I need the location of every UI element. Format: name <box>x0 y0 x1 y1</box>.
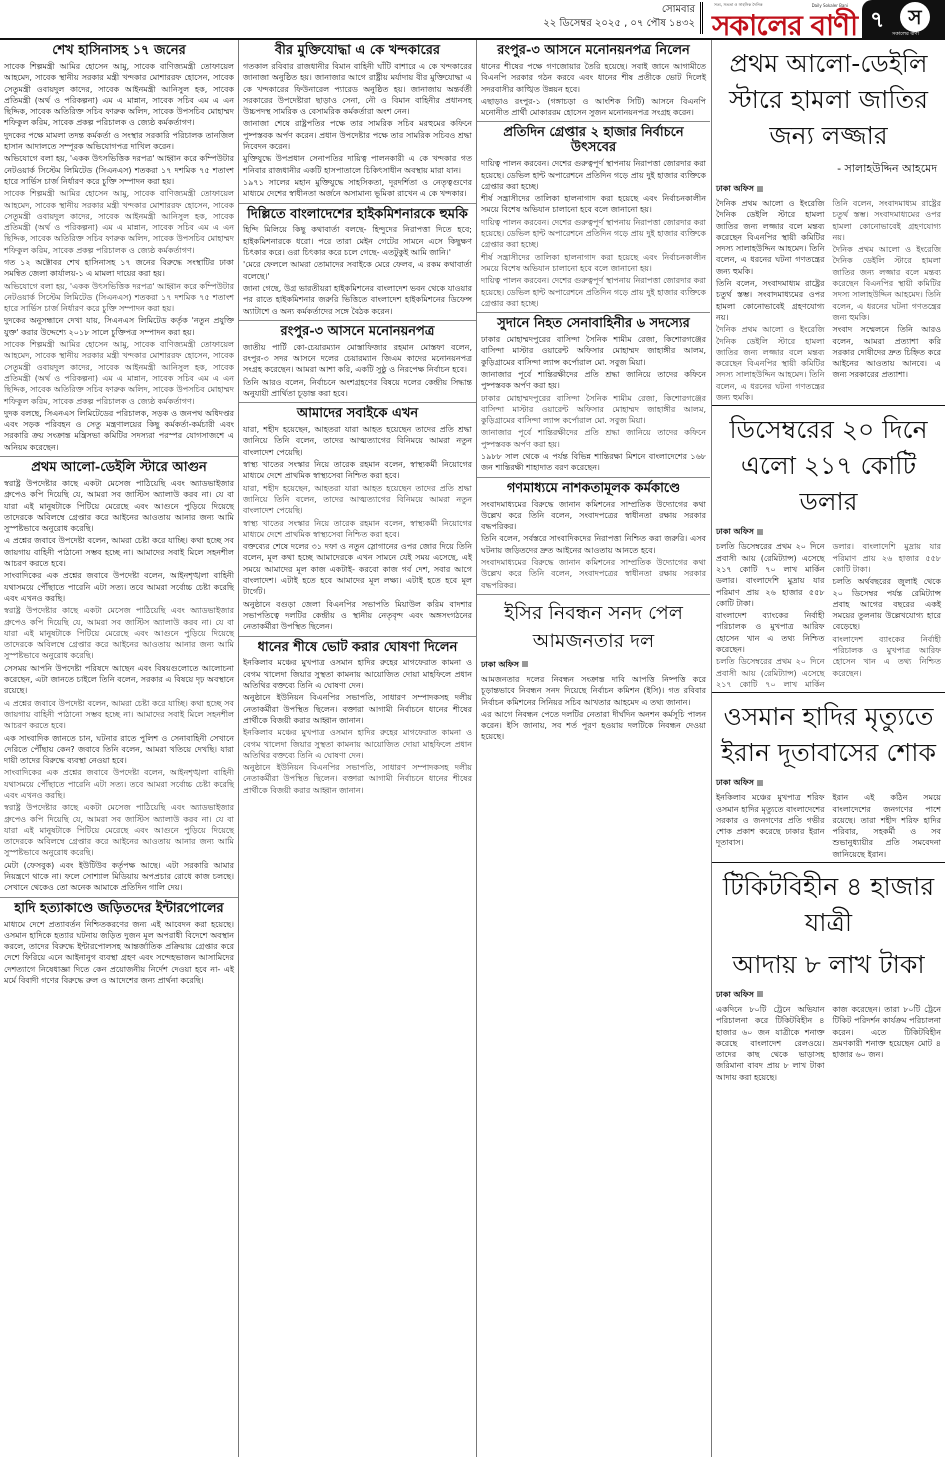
paragraph: জানাজা শেষে রাষ্ট্রপতির পক্ষে তার সামরিক… <box>243 118 472 152</box>
article-body: ইনকিলাব মঞ্চের মুখপাত্র শরিফ ওসমান হাদির… <box>716 792 941 860</box>
newspaper-logo: সত্য, সততা ও সাহসিক দৈনিক Daily Sokaler … <box>708 0 858 38</box>
article-body: ইনকিলাব মঞ্চের মুখপাত্র ওসমান হাদির রুহে… <box>243 657 472 796</box>
divider <box>712 692 945 693</box>
divider <box>239 636 476 637</box>
paragraph: এছাড়াও রংপুর-১ (গঙ্গাচড়া ও আংশিক সিটি)… <box>481 96 706 119</box>
paragraph: গতকাল রবিবার রাজধানীর বিমান বাহিনী ঘাঁটি… <box>243 61 472 117</box>
paragraph: সংবাদ সম্মেলনে তিনি আরও বলেন, আমরা প্রত্… <box>833 324 942 380</box>
paragraph: চলতি ডিসেম্বরের প্রথম ২০ দিনে প্রবাসী আয… <box>716 541 825 609</box>
paragraph: সাংবাদিকের এক প্রশ্নের জবাবে উপদেষ্টা বল… <box>4 767 234 801</box>
story-attack-shame: প্রথম আলো-ডেইলি স্টারে হামলা জাতির জন্য … <box>712 46 945 403</box>
article-body: ঢাকার মোহাম্মদপুরের বাসিন্দা সৈনিক শামীম… <box>481 334 706 474</box>
story-ticketless-passengers: টিকিটবিহীন ৪ হাজার যাত্রী আদায় ৮ লাখ টা… <box>712 869 945 1083</box>
headline: প্রতিদিন গ্রেপ্তার ২ হাজার নির্বাচনে উৎস… <box>481 126 706 156</box>
paragraph: কাজ করেছেন। তারা ৮০টি ট্রেনে টিকিট পরিদর… <box>833 1004 942 1060</box>
divider <box>477 477 710 478</box>
paragraph: মুক্তিযুদ্ধে উপপ্রধান সেনাপতির দায়িত্ব … <box>243 153 472 176</box>
paragraph: ইরান এই কঠিন সময়ে বাংলাদেশের জনগণের পাশ… <box>833 792 942 860</box>
paragraph: ১৯৮৮ সাল থেকে এ পর্যন্ত বিভিন্ন শান্তিরক… <box>481 451 706 474</box>
paragraph: দুদকের পক্ষে মামলা তদন্ত কর্মকর্তা ও সংস… <box>4 130 234 153</box>
divider <box>477 121 710 122</box>
paragraph: এক সাংবাদিক জানতে চান, ঘটনার রাতে পুলিশ … <box>4 733 234 767</box>
date-divider <box>700 2 703 34</box>
dateline: ঢাকা অফিস <box>716 526 941 539</box>
headline: হাদি হত্যাকাণ্ডে জড়িতদের ইন্টারপোলের <box>4 902 234 917</box>
story-rangpur-3: রংপুর-৩ আসনে মনোনয়নপত্র জাতীয় পার্টি ক… <box>239 325 476 399</box>
divider <box>477 594 710 595</box>
column-2: বীর মুক্তিযোদ্ধা এ কে খন্দকারের গতকাল রব… <box>238 40 476 1457</box>
column-4: প্রথম আলো-ডেইলি স্টারে হামলা জাতির জন্য … <box>711 40 945 1457</box>
paragraph: দৈনিক প্রথম আলো ও ইংরেজি দৈনিক ডেইলি স্ট… <box>833 244 942 323</box>
paragraph: সাংবাদিকের এক প্রশ্নের জবাবে উপদেষ্টা বল… <box>4 570 234 604</box>
paragraph: এর আগে নিবন্ধন পেতে দলটির নেতারা দীর্ঘদি… <box>481 709 706 743</box>
paragraph: শীর্ষ সন্ত্রাসীদের তালিকা হালনাগাদ করা হ… <box>481 193 706 216</box>
paragraph: যারা, শহীদ হয়েছেন, আহতরা যারা আহত হয়েছ… <box>243 424 472 458</box>
paragraph: ঢাকার মোহাম্মদপুরের বাসিন্দা সৈনিক শামীম… <box>481 393 706 427</box>
dateline: ঢাকা অফিস <box>481 659 706 672</box>
paragraph: একদিনে ৮০টি ট্রেনে অভিযান পরিচালনা করে ট… <box>716 1004 825 1083</box>
paragraph: চলতি অর্থবছরের জুলাই থেকে ২০ ডিসেম্বর পর… <box>833 576 942 632</box>
column-3: রংপুর-৩ আসনে মনোনয়নপত্র নিলেন ধানের শীষ… <box>476 40 710 1457</box>
paragraph: অভিযোগে বলা হয়, 'একক উৎসভিত্তিক দরপত্র'… <box>4 153 234 187</box>
paragraph: আমজনতার দলের নিবন্ধন সংক্রান্ত দাবি আপত্… <box>481 674 706 708</box>
paragraph: সাবেক শিল্পমন্ত্রী আমির হোসেন আমু, সাবেক… <box>4 188 234 256</box>
paragraph: দৈনিক প্রথম আলো ও ইংরেজি দৈনিক ডেইলি স্ট… <box>716 324 825 403</box>
headline: রংপুর-৩ আসনে মনোনয়নপত্র নিলেন <box>481 44 706 59</box>
headline: দিল্লিতে বাংলাদেশের হাইকমিশনারকে হুমকি <box>243 208 472 223</box>
story-media-sabotage: গণমাধ্যমে নাশকতামূলক কর্মকাণ্ডে সংবাদমাধ… <box>477 482 710 591</box>
story-sudan-peacekeepers: সুদানে নিহত সেনাবাহিনীর ৬ সদস্যের ঢাকার … <box>477 317 710 474</box>
paragraph: যারা, শহীদ হয়েছেন, আহতরা যারা আহত হয়েছ… <box>243 483 472 517</box>
story-delhi-threat: দিল্লিতে বাংলাদেশের হাইকমিশনারকে হুমকি হ… <box>239 208 476 317</box>
paragraph: গত ১২ অক্টোবর শেখ হাসিনাসহ ১৭ জনের বিরুদ… <box>4 257 234 280</box>
headline: ধানের শীষে ভোট করার ঘোষণা দিলেন <box>243 641 472 656</box>
article-body: দৈনিক প্রথম আলো ও ইংরেজি দৈনিক ডেইলি স্ট… <box>716 198 941 403</box>
weekday: সোমবার <box>543 3 695 17</box>
article-body: জাতীয় পার্টি কো-চেয়ারম্যান মোস্তাফিজার… <box>243 342 472 399</box>
paragraph: দুদকের অনুসন্ধানে দেখা যায়, সিএনএস লিমি… <box>4 315 234 338</box>
headline: শেখ হাসিনাসহ ১৭ জনের <box>4 44 234 59</box>
paragraph: স্বরাষ্ট্র উপদেষ্টার কাছে একটা মেসেজ পাঠ… <box>4 802 234 858</box>
story-dhaner-shish: ধানের শীষে ভোট করার ঘোষণা দিলেন ইনকিলাব … <box>239 641 476 797</box>
headline: ডিসেম্বরের ২০ দিনে এলো ২১৭ কোটি ডলার <box>716 412 941 520</box>
paragraph: স্বাস্থ্য খাতের সংস্কার নিয়ে তারেক রহমা… <box>243 518 472 541</box>
divider <box>239 203 476 204</box>
headline: বীর মুক্তিযোদ্ধা এ কে খন্দকারের <box>243 44 472 59</box>
story-rangpur-3-nomination: রংপুর-৩ আসনে মনোনয়নপত্র নিলেন ধানের শীষ… <box>477 44 710 118</box>
date-block: সোমবার ২২ ডিসেম্বর ২০২৫ , ০৭ পৌষ ১৪৩২ <box>543 3 695 31</box>
dateline: ঢাকা অফিস <box>716 777 941 790</box>
masthead: সোমবার ২২ ডিসেম্বর ২০২৫ , ০৭ পৌষ ১৪৩২ সত… <box>0 0 945 38</box>
paragraph: সংবাদমাধ্যমের বিরুদ্ধে জানান কমিশনের সাম… <box>481 557 706 591</box>
divider <box>239 402 476 403</box>
story-hadi-interpol: হাদি হত্যাকাণ্ডে জড়িতদের ইন্টারপোলের মা… <box>0 902 238 987</box>
article-body: আমজনতার দলের নিবন্ধন সংক্রান্ত দাবি আপত্… <box>481 674 706 743</box>
column-1: শেখ হাসিনাসহ ১৭ জনের সাবেক শিল্পমন্ত্রী … <box>0 40 238 1457</box>
paragraph: অনুষ্ঠানে ইউনিয়ন বিএনপির সভাপতি, সাধারণ… <box>243 762 472 796</box>
story-daily-arrests: প্রতিদিন গ্রেপ্তার ২ হাজার নির্বাচনে উৎস… <box>477 126 710 309</box>
story-iran-embassy: ওসমান হাদির মৃত্যুতে ইরান দূতাবাসের শোক … <box>712 699 945 860</box>
paragraph: ইনকিলাব মঞ্চের মুখপাত্র শরিফ ওসমান হাদির… <box>716 792 825 848</box>
paragraph: দায়িত্ব পালন করবেন। দেশের গুরুত্বপূর্ণ … <box>481 217 706 251</box>
headline: টিকিটবিহীন ৪ হাজার যাত্রী <box>716 869 941 941</box>
paragraph: ধানের শীষের পক্ষে গণজোয়ার তৈরি হয়েছে। … <box>481 61 706 95</box>
paragraph: তিনি বলেন, সংবাদমাধ্যম রাষ্ট্রের চতুর্থ … <box>716 278 825 323</box>
divider <box>0 897 238 898</box>
divider <box>477 312 710 313</box>
paragraph: দুদক বলছে, সিএনএস লিমিটেডের পরিচালক, সড়… <box>4 408 234 453</box>
headline: আমাদের সবাইকে এখন <box>243 407 472 422</box>
paragraph: তিনি আরও বলেন, নির্বাচনে অংশগ্রহণের বিষয… <box>243 377 472 400</box>
headline: সুদানে নিহত সেনাবাহিনীর ৬ সদস্যের <box>481 317 706 332</box>
paragraph: মেটা (ফেসবুক) এবং ইউটিউব কর্তৃপক্ষ আছে। … <box>4 860 234 894</box>
headline-line-2: আদায় ৮ লাখ টাকা <box>716 947 941 983</box>
paragraph: সাবেক শিল্পমন্ত্রী আমির হোসেন আমু, সাবেক… <box>4 339 234 407</box>
issue-date: ২২ ডিসেম্বর ২০২৫ , ০৭ পৌষ ১৪৩২ <box>543 17 695 31</box>
divider <box>712 405 945 406</box>
paragraph: ইনকিলাব মঞ্চের মুখপাত্র ওসমান হাদির রুহে… <box>243 657 472 691</box>
article-body: সংবাদমাধ্যমের বিরুদ্ধে জানান কমিশনের সাম… <box>481 499 706 591</box>
dateline: ঢাকা অফিস <box>716 989 941 1002</box>
paragraph: সেসময় আপনি উপদেষ্টা পরিষদে আছেন এবং বিষ… <box>4 663 234 697</box>
square-bullet-icon <box>757 780 763 786</box>
headline: প্রথম আলো-ডেইলি স্টারে আগুন <box>4 461 234 476</box>
paragraph: তিনি বলেন, সর্বস্তরে সাংবাদিকদের নিরাপত্… <box>481 533 706 556</box>
paragraph: তিনি বলেন, সংবাদমাধ্যম রাষ্ট্রের চতুর্থ … <box>833 198 942 243</box>
paragraph: স্বাস্থ্য খাতের সংস্কার নিয়ে তারেক রহমা… <box>243 459 472 482</box>
article-body: দায়িত্ব পালন করবেন। দেশের গুরুত্বপূর্ণ … <box>481 158 706 309</box>
paragraph: জানা গেছে, উগ্র ভারতীয়রা হাইকমিশনের বাং… <box>243 283 472 317</box>
story-remittance: ডিসেম্বরের ২০ দিনে এলো ২১৭ কোটি ডলার ঢাক… <box>712 412 945 690</box>
square-bullet-icon <box>522 661 528 667</box>
paragraph: জানাজার পূর্বে শান্তিরক্ষীদের প্রতি শ্রদ… <box>481 369 706 392</box>
divider <box>712 862 945 863</box>
paragraph: দায়িত্ব পালন করবেন। দেশের গুরুত্বপূর্ণ … <box>481 275 706 309</box>
story-prothom-alo-fire: প্রথম আলো-ডেইলি স্টারে আগুন স্বরাষ্ট্র উ… <box>0 461 238 894</box>
paragraph: শীর্ষ সন্ত্রাসীদের তালিকা হালনাগাদ করা হ… <box>481 252 706 275</box>
paragraph: অভিযোগে বলা হয়, 'একক উৎসভিত্তিক দরপত্র'… <box>4 281 234 315</box>
paragraph: দায়িত্ব পালন করবেন। দেশের গুরুত্বপূর্ণ … <box>481 158 706 192</box>
story-amader-sobaike: আমাদের সবাইকে এখন যারা, শহীদ হয়েছেন, আহ… <box>239 407 476 632</box>
paragraph: জানাজার পূর্বে শান্তিরক্ষীদের প্রতি শ্রদ… <box>481 427 706 450</box>
paragraph: বাংলাদেশ ব্যাংকের নির্বাহী পরিচালক ও মুখ… <box>833 634 942 679</box>
paragraph: বাংলাদেশ ব্যাংকের নির্বাহী পরিচালক ও মুখ… <box>716 610 825 655</box>
headline: রংপুর-৩ আসনে মনোনয়নপত্র <box>243 325 472 340</box>
paragraph: এ প্রশ্নের জবাবে উপদেষ্টা বলেন, আমরা চেষ… <box>4 698 234 732</box>
paragraph: 'মেরে ফেললে আমরা তোমাদের সবাইকে মেরে ফেল… <box>243 259 472 282</box>
article-body: হিন্দি মিলিয়ে কিছু কথাবার্তা বলছে- হিন্… <box>243 224 472 316</box>
page-number: ৭ <box>870 3 884 40</box>
article-body: একদিনে ৮০টি ট্রেনে অভিযান পরিচালনা করে ট… <box>716 1004 941 1083</box>
headline: ইসির নিবন্ধন সনদ পেল আমজনতার দল <box>481 599 706 655</box>
headline: ওসমান হাদির মৃত্যুতে ইরান দূতাবাসের শোক <box>716 699 941 771</box>
square-bullet-icon <box>757 186 763 192</box>
paragraph: এ প্রশ্নের জবাবে উপদেষ্টা বলেন, আমরা চেষ… <box>4 535 234 569</box>
paragraph: দৈনিক প্রথম আলো ও ইংরেজি দৈনিক ডেইলি স্ট… <box>716 198 825 277</box>
paragraph: হিন্দি মিলিয়ে কিছু কথাবার্তা বলছে- হিন্… <box>243 224 472 258</box>
article-body: যারা, শহীদ হয়েছেন, আহতরা যারা আহত হয়েছ… <box>243 424 472 632</box>
dateline: ঢাকা অফিস <box>716 183 941 196</box>
page-badge: ৭ স সকালের বাণী <box>862 0 945 38</box>
paragraph: স্বরাষ্ট্র উপদেষ্টার কাছে একটা মেসেজ পাঠ… <box>4 605 234 661</box>
headline: প্রথম আলো-ডেইলি স্টারে হামলা জাতির জন্য … <box>716 46 941 154</box>
paragraph: স্বরাষ্ট্র উপদেষ্টার কাছে একটা মেসেজ পাঠ… <box>4 478 234 534</box>
paragraph: অনুষ্ঠানে ইউনিয়ন বিএনপির সভাপতি, সাধারণ… <box>243 692 472 726</box>
paragraph: ১৯৭১ সালের মহান মুক্তিযুদ্ধে সাহসিকতা, দ… <box>243 177 472 200</box>
article-body: গতকাল রবিবার রাজধানীর বিমান বাহিনী ঘাঁটি… <box>243 61 472 200</box>
byline: - সালাহউদ্দিন আহমেদ <box>720 160 937 179</box>
story-ak-khandker: বীর মুক্তিযোদ্ধা এ কে খন্দকারের গতকাল রব… <box>239 44 476 200</box>
square-bullet-icon <box>757 991 763 997</box>
paragraph: ইনকিলাব মঞ্চের মুখপাত্র ওসমান হাদির রুহে… <box>243 727 472 761</box>
article-body: ধানের শীষের পক্ষে গণজোয়ার তৈরি হয়েছে। … <box>481 61 706 118</box>
divider <box>0 456 238 457</box>
paragraph: অনুষ্ঠানে বগুড়া জেলা বিএনপির সভাপতি মিয… <box>243 599 472 633</box>
story-hasina-17: শেখ হাসিনাসহ ১৭ জনের সাবেক শিল্পমন্ত্রী … <box>0 44 238 453</box>
paragraph: ঢাকার মোহাম্মদপুরের বাসিন্দা সৈনিক শামীম… <box>481 334 706 368</box>
article-body: সাবেক শিল্পমন্ত্রী আমির হোসেন আমু, সাবেক… <box>4 61 234 453</box>
article-body: মাধ্যমে দেশে প্রত্যাবর্তন নিশ্চিতকরণের জ… <box>4 919 234 987</box>
paragraph: জাতীয় পার্টি কো-চেয়ারম্যান মোস্তাফিজার… <box>243 342 472 376</box>
paragraph: সাবেক শিল্পমন্ত্রী আমির হোসেন আমু, সাবেক… <box>4 61 234 129</box>
story-amjanatar-dal: ইসির নিবন্ধন সনদ পেল আমজনতার দল ঢাকা অফি… <box>477 599 710 743</box>
divider <box>239 320 476 321</box>
headline: গণমাধ্যমে নাশকতামূলক কর্মকাণ্ডে <box>481 482 706 497</box>
article-body: চলতি ডিসেম্বরের প্রথম ২০ দিনে প্রবাসী আয… <box>716 541 941 690</box>
paragraph: বক্তব্যের শেষে দলের ৩১ দফা ও নতুন স্লোগা… <box>243 541 472 597</box>
paragraph: মাধ্যমে দেশে প্রত্যাবর্তন নিশ্চিতকরণের জ… <box>4 919 234 987</box>
square-bullet-icon <box>757 529 763 535</box>
paragraph: সংবাদমাধ্যমের বিরুদ্ধে জানান কমিশনের সাম… <box>481 499 706 533</box>
logo-mark-icon: স <box>900 2 930 32</box>
article-body: স্বরাষ্ট্র উপদেষ্টার কাছে একটা মেসেজ পাঠ… <box>4 478 234 894</box>
